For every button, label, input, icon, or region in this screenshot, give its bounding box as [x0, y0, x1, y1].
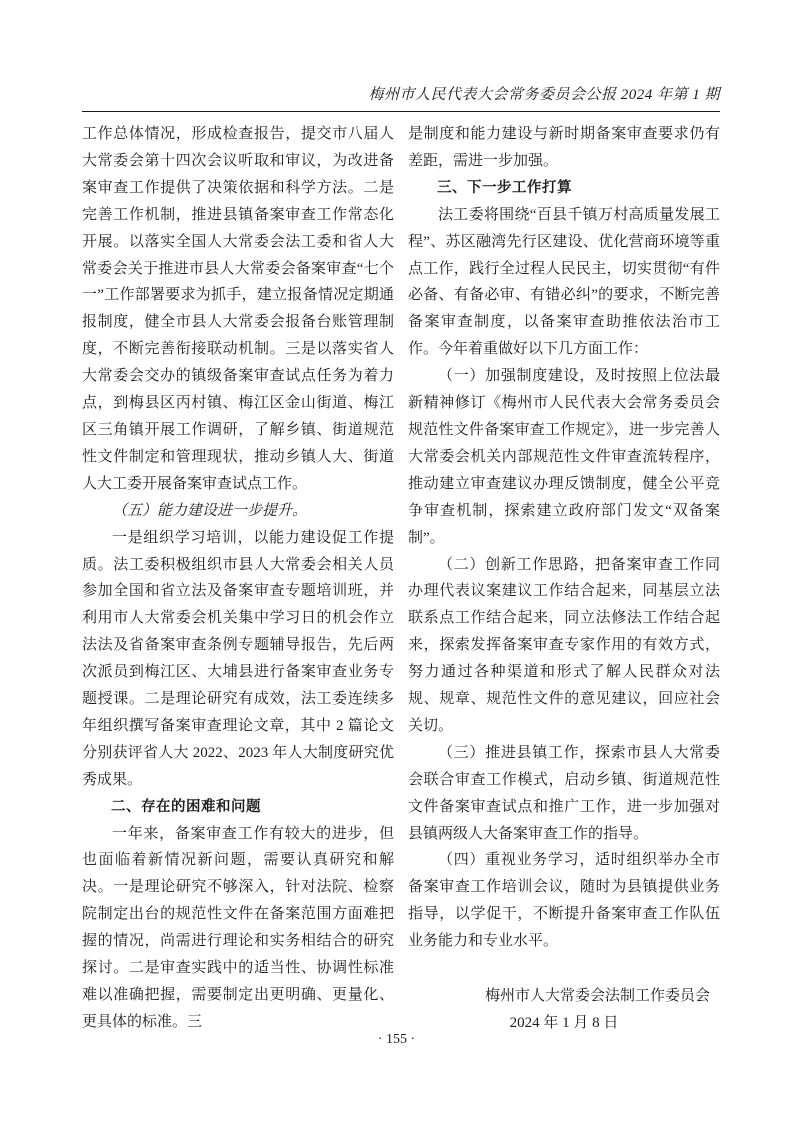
paragraph-plans-intro: 法工委将围绕“百县千镇万村高质量发展工程”、苏区融湾先行区建设、优化营商环境等重… — [408, 202, 720, 363]
paragraph-plan-item-3: （三）推进县镇工作，探索市县人大常委会联合审查工作模式，启动乡镇、街道规范性文件… — [408, 740, 720, 848]
page-header-title: 梅州市人民代表大会常务委员会公报 2024 年第 1 期 — [82, 84, 720, 106]
paragraph-plan-item-4: （四）重视业务学习，适时组织举办全市备案审查工作培训会议，随时为县镇提供业务指导… — [408, 847, 720, 955]
paragraph-training: 一是组织学习培训，以能力建设促工作提质。法工委积极组织市县人大常委会相关人员参加… — [82, 525, 394, 794]
signature-organization: 梅州市人大常委会法制工作委员会 — [408, 983, 720, 1010]
paragraph-plan-item-2: （二）创新工作思路，把备案审查工作同办理代表议案建议工作结合起来，同基层立法联系… — [408, 552, 720, 740]
right-column: 是制度和能力建设与新时期备案审查要求仍有差距，需进一步加强。 三、下一步工作打算… — [408, 121, 720, 1037]
heading-next-steps: 三、下一步工作打算 — [408, 175, 720, 202]
paragraph-plan-item-1: （一）加强制度建设，及时按照上位法最新精神修订《梅州市人民代表大会常务委员会规范… — [408, 363, 720, 551]
paragraph-problems-continuation: 是制度和能力建设与新时期备案审查要求仍有差距，需进一步加强。 — [408, 121, 720, 175]
page-number: · 155 · — [0, 1032, 793, 1048]
paragraph-summary-continuation: 工作总体情况，形成检查报告，提交市八届人大常委会第十四次会议听取和审议，为改进备… — [82, 121, 394, 498]
subheading-capacity-building: （五）能力建设进一步提升。 — [82, 498, 394, 525]
header-rule — [82, 111, 720, 112]
paragraph-problems: 一年来，备案审查工作有较大的进步，但也面临着新情况新问题，需要认真研究和解决。一… — [82, 821, 394, 1036]
left-column: 工作总体情况，形成检查报告，提交市八届人大常委会第十四次会议听取和审议，为改进备… — [82, 121, 394, 1037]
heading-problems: 二、存在的困难和问题 — [82, 794, 394, 821]
document-page: 梅州市人民代表大会常务委员会公报 2024 年第 1 期 工作总体情况，形成检查… — [82, 84, 720, 1037]
two-column-body: 工作总体情况，形成检查报告，提交市八届人大常委会第十四次会议听取和审议，为改进备… — [82, 121, 720, 1037]
